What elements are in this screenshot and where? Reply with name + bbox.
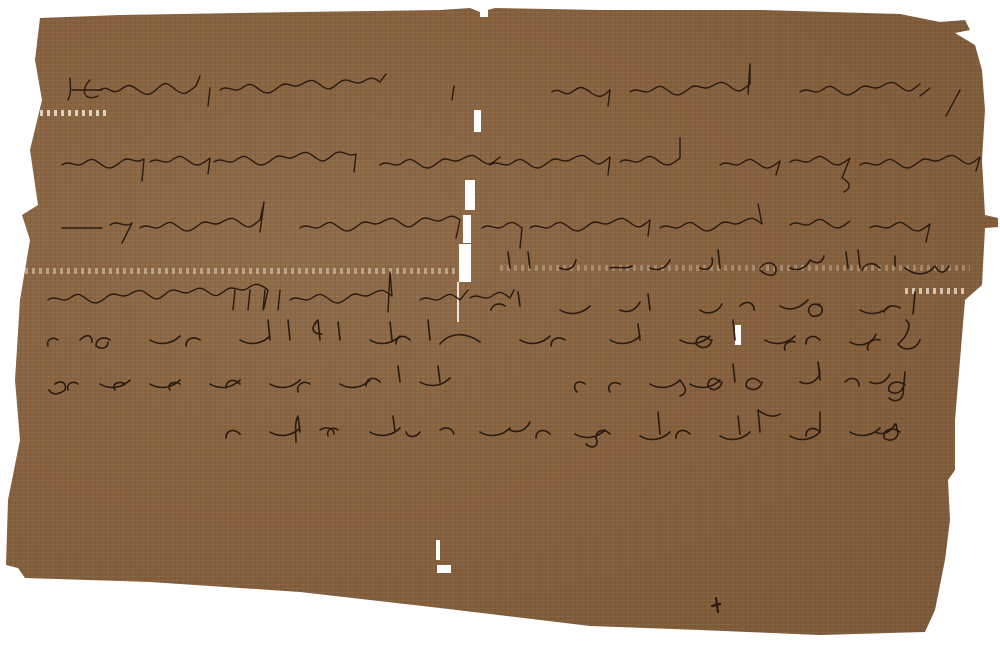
papyrus-photo: Bilingual papyrus fragment	[0, 0, 1000, 649]
arabic-line-2	[491, 292, 915, 316]
ink-mark	[712, 598, 720, 612]
greek-line-4	[48, 272, 514, 312]
arabic-line-4	[49, 362, 905, 401]
arabic-line-5	[226, 410, 900, 447]
greek-line-1	[68, 74, 454, 106]
greek-line-3	[62, 202, 930, 248]
greek-line-2	[62, 138, 980, 192]
arabic-line-1	[508, 250, 949, 275]
ink-script	[0, 0, 1000, 649]
arabic-line-3	[48, 320, 920, 350]
greek-line-1-right	[552, 64, 960, 116]
